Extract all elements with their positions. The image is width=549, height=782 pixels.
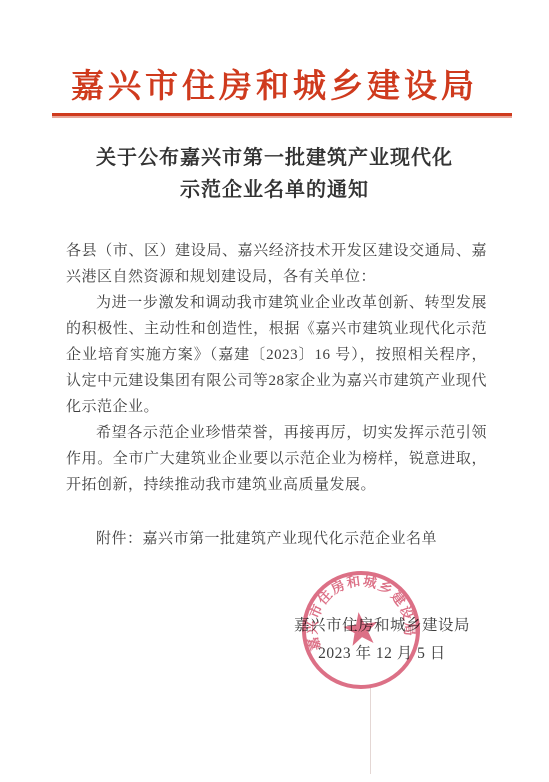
seal-curved-text: 嘉兴市住房和城乡建设局 <box>299 568 420 653</box>
body-paragraph: 希望各示范企业珍惜荣誉，再接再厉，切实发挥示范引领作用。全市广大建筑业企业要以示… <box>66 420 487 498</box>
document-title: 关于公布嘉兴市第一批建筑产业现代化 示范企业名单的通知 <box>0 142 549 206</box>
scan-fold-line-artifact <box>370 688 371 774</box>
salutation-line: 各县（市、区）建设局、嘉兴经济技术开发区建设交通局、嘉兴港区自然资源和规划建设局… <box>66 238 487 290</box>
attachment-line: 附件：嘉兴市第一批建筑产业现代化示范企业名单 <box>66 526 487 552</box>
document-title-line1: 关于公布嘉兴市第一批建筑产业现代化 <box>0 142 549 174</box>
seal-star <box>342 610 380 647</box>
document-body: 各县（市、区）建设局、嘉兴经济技术开发区建设交通局、嘉兴港区自然资源和规划建设局… <box>66 238 487 552</box>
document-title-line2: 示范企业名单的通知 <box>0 174 549 206</box>
document-page: 嘉兴市住房和城乡建设局 关于公布嘉兴市第一批建筑产业现代化 示范企业名单的通知 … <box>0 0 549 782</box>
header-rule-divider <box>52 113 512 116</box>
agency-header-title: 嘉兴市住房和城乡建设局 <box>0 60 549 107</box>
official-seal-stamp: 嘉兴市住房和城乡建设局 <box>299 568 423 692</box>
body-paragraph: 为进一步激发和调动我市建筑业企业改革创新、转型发展的积极性、主动性和创造性，根据… <box>66 290 487 420</box>
